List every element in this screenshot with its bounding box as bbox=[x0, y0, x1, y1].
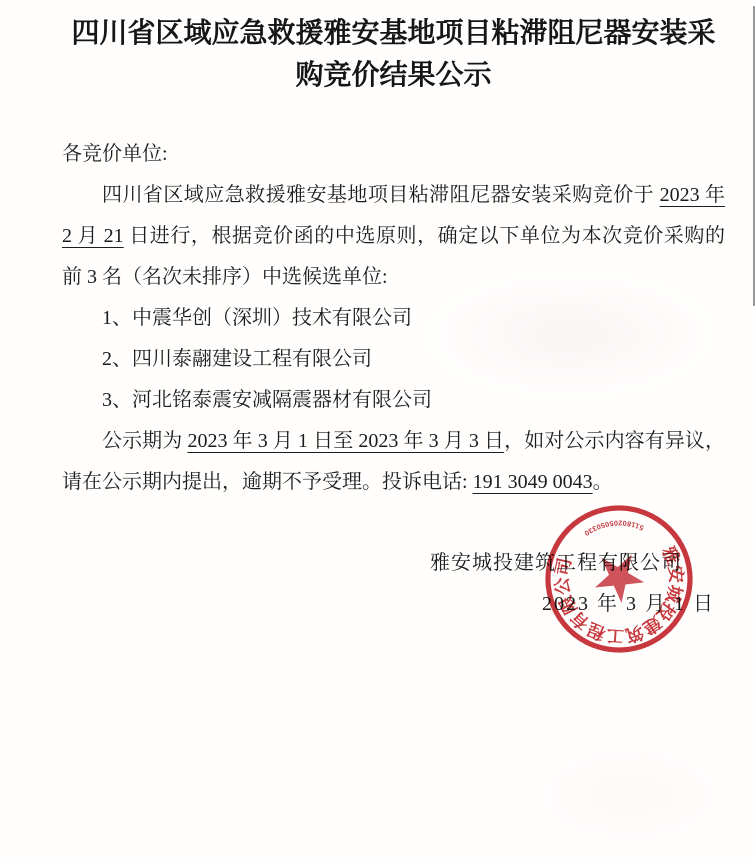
company-seal-stamp: 雅安城投建筑工程有限公司 51180205050330 bbox=[537, 497, 701, 661]
scan-smudge bbox=[520, 740, 740, 850]
star-icon bbox=[592, 554, 646, 606]
paragraph1-line1: 四川省区域应急救援雅安基地项目粘滞阻尼器安装采购竞价于 2023 年 bbox=[62, 175, 725, 216]
underlined-year: 2023 年 bbox=[660, 184, 725, 206]
page-title: 四川省区域应急救援雅安基地项目粘滞阻尼器安装采购竞价结果公示 bbox=[62, 12, 725, 96]
underlined-phone-number: 191 3049 0043 bbox=[473, 471, 593, 493]
winner-item-2: 2、四川泰翮建设工程有限公司 bbox=[62, 339, 725, 380]
paragraph1-line1-text: 四川省区域应急救援雅安基地项目粘滞阻尼器安装采购竞价于 bbox=[102, 184, 660, 206]
paragraph1-line2: 2 月 21 日进行，根据竞价函的中选原则，确定以下单位为本次竞价采购的 bbox=[62, 216, 725, 257]
salutation: 各竞价单位: bbox=[62, 134, 725, 175]
document-page: 四川省区域应急救援雅安基地项目粘滞阻尼器安装采购竞价结果公示 各竞价单位: 四川… bbox=[0, 0, 755, 861]
winner-item-1: 1、中震华创（深圳）技术有限公司 bbox=[62, 298, 725, 339]
paragraph1-line3: 前 3 名（名次未排序）中选候选单位: bbox=[62, 257, 725, 298]
paragraph2-line2-tail: 。 bbox=[593, 471, 613, 493]
paragraph2-line1-tail: ，如对公示内容有异议， bbox=[504, 430, 725, 452]
paragraph2-line2-text: 请在公示期内提出，逾期不予受理。投诉电话: bbox=[62, 471, 473, 493]
underlined-month-day: 2 月 21 bbox=[62, 225, 124, 247]
paragraph1-line2-text: 日进行，根据竞价函的中选原则，确定以下单位为本次竞价采购的 bbox=[124, 225, 725, 247]
seal-serial-number: 51180205050330 bbox=[581, 516, 646, 539]
winner-item-3: 3、河北铭泰震安减隔震器材有限公司 bbox=[62, 380, 725, 421]
body-text: 各竞价单位: 四川省区域应急救援雅安基地项目粘滞阻尼器安装采购竞价于 2023 … bbox=[62, 134, 725, 503]
paragraph2-line1: 公示期为 2023 年 3 月 1 日至 2023 年 3 月 3 日，如对公示… bbox=[62, 421, 725, 462]
underlined-publicity-period: 2023 年 3 月 1 日至 2023 年 3 月 3 日 bbox=[187, 430, 504, 452]
paragraph2-line1-text: 公示期为 bbox=[102, 430, 187, 452]
